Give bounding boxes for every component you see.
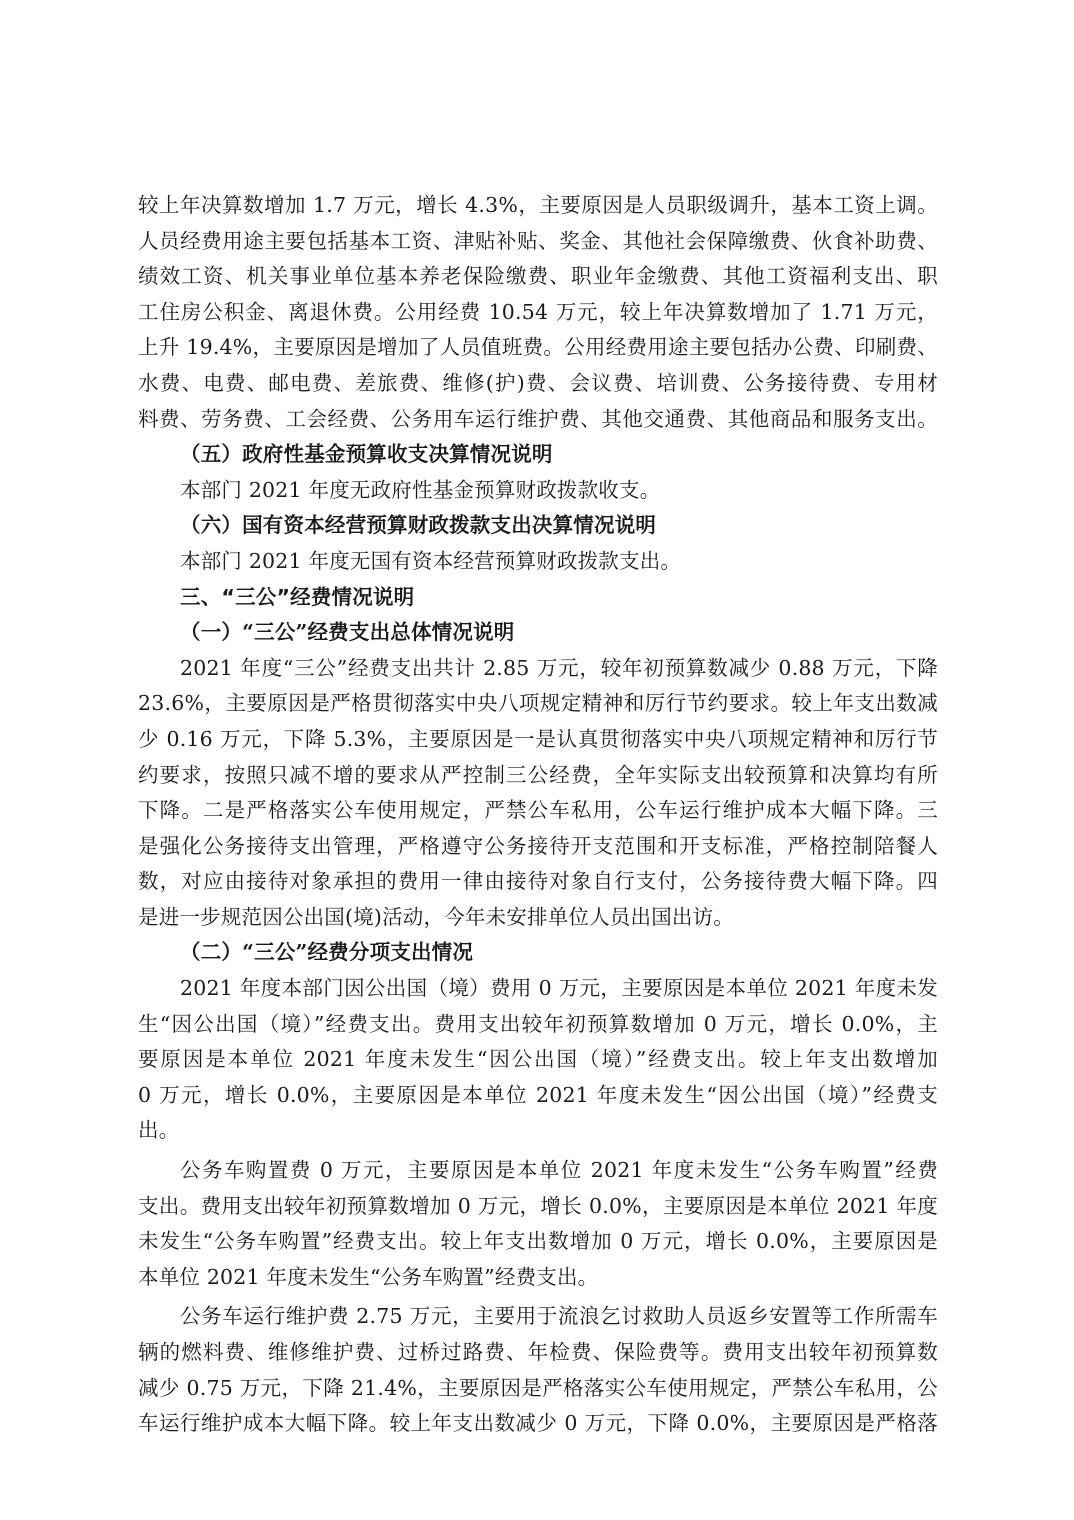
text-line: 绩效工资、机关事业单位基本养老保险缴费、职业年金缴费、其他工资福利支出、职 [138,259,938,295]
text-line: 公务车购置费 0 万元，主要原因是本单位 2021 年度未发生“公务车购置”经费 [138,1153,938,1189]
text-line: 料费、劳务费、工会经费、公务用车运行维护费、其他交通费、其他商品和服务支出。 [138,402,938,438]
part-3-heading: 三、“三公”经费情况说明 [138,580,938,616]
text-line: 数，对应由接待对象承担的费用一律由接待对象自行支付，公务接待费大幅下降。四 [138,864,938,900]
text-line: 是进一步规范因公出国(境)活动，今年未安排单位人员出国出访。 [138,900,938,936]
text-line: 出。 [138,1113,938,1149]
part-3-section-2-heading: （二）“三公”经费分项支出情况 [138,935,938,971]
text-line: 车运行维护成本大幅下降。较上年支出数减少 0 万元，下降 0.0%，主要原因是严… [138,1406,938,1442]
document-page: 较上年决算数增加 1.7 万元，增长 4.3%，主要原因是人员职级调升，基本工资… [138,188,938,1442]
text-line: 2021 年度本部门因公出国（境）费用 0 万元，主要原因是本单位 2021 年… [138,971,938,1007]
text-line: 工住房公积金、离退休费。公用经费 10.54 万元，较上年决算数增加了 1.71… [138,295,938,331]
text-line: 2021 年度“三公”经费支出共计 2.85 万元，较年初预算数减少 0.88 … [138,651,938,687]
vehicle-purchase-paragraph: 公务车购置费 0 万元，主要原因是本单位 2021 年度未发生“公务车购置”经费… [138,1153,938,1295]
text-line: 支出。费用支出较年初预算数增加 0 万元，增长 0.0%，主要原因是本单位 20… [138,1189,938,1225]
text-line: 上升 19.4%，主要原因是增加了人员值班费。公用经费用途主要包括办公费、印刷费… [138,330,938,366]
text-line: 水费、电费、邮电费、差旅费、维修(护)费、会议费、培训费、公务接待费、专用材 [138,366,938,402]
text-line: 要原因是本单位 2021 年度未发生“因公出国（境）”经费支出。较上年支出数增加 [138,1042,938,1078]
overseas-travel-paragraph: 2021 年度本部门因公出国（境）费用 0 万元，主要原因是本单位 2021 年… [138,971,938,1149]
vehicle-maintenance-paragraph: 公务车运行维护费 2.75 万元，主要用于流浪乞讨救助人员返乡安置等工作所需车 … [138,1299,938,1441]
three-public-overall-paragraph: 2021 年度“三公”经费支出共计 2.85 万元，较年初预算数减少 0.88 … [138,651,938,936]
section-6-heading: （六）国有资本经营预算财政拨款支出决算情况说明 [138,508,938,544]
text-line: 少 0.16 万元，下降 5.3%，主要原因是一是认真贯彻落实中央八项规定精神和… [138,722,938,758]
text-line: 减少 0.75 万元，下降 21.4%，主要原因是严格落实公车使用规定，严禁公车… [138,1371,938,1407]
text-line: 23.6%，主要原因是严格贯彻落实中央八项规定精神和厉行节约要求。较上年支出数减 [138,686,938,722]
section-6-paragraph: 本部门 2021 年度无国有资本经营预算财政拨款支出。 [138,544,938,580]
text-line: 未发生“公务车购置”经费支出。较上年支出数增加 0 万元，增长 0.0%，主要原… [138,1224,938,1260]
text-line: 较上年决算数增加 1.7 万元，增长 4.3%，主要原因是人员职级调升，基本工资… [138,188,938,224]
section-5-paragraph: 本部门 2021 年度无政府性基金预算财政拨款收支。 [138,473,938,509]
personnel-and-public-expense-paragraph: 较上年决算数增加 1.7 万元，增长 4.3%，主要原因是人员职级调升，基本工资… [138,188,938,437]
section-5-heading: （五）政府性基金预算收支决算情况说明 [138,437,938,473]
text-line: 约要求，按照只减不增的要求从严控制三公经费，全年实际支出较预算和决算均有所 [138,758,938,794]
text-line: 人员经费用途主要包括基本工资、津贴补贴、奖金、其他社会保障缴费、伙食补助费、 [138,224,938,260]
text-line: 公务车运行维护费 2.75 万元，主要用于流浪乞讨救助人员返乡安置等工作所需车 [138,1299,938,1335]
part-3-section-1-heading: （一）“三公”经费支出总体情况说明 [138,615,938,651]
text-line: 辆的燃料费、维修维护费、过桥过路费、年检费、保险费等。费用支出较年初预算数 [138,1335,938,1371]
text-line: 本单位 2021 年度未发生“公务车购置”经费支出。 [138,1260,938,1296]
text-line: 0 万元，增长 0.0%，主要原因是本单位 2021 年度未发生“因公出国（境）… [138,1078,938,1114]
text-line: 下降。二是严格落实公车使用规定，严禁公车私用，公车运行维护成本大幅下降。三 [138,793,938,829]
text-line: 是强化公务接待支出管理，严格遵守公务接待开支范围和开支标准，严格控制陪餐人 [138,829,938,865]
text-line: 生“因公出国（境）”经费支出。费用支出较年初预算数增加 0 万元，增长 0.0%… [138,1007,938,1043]
